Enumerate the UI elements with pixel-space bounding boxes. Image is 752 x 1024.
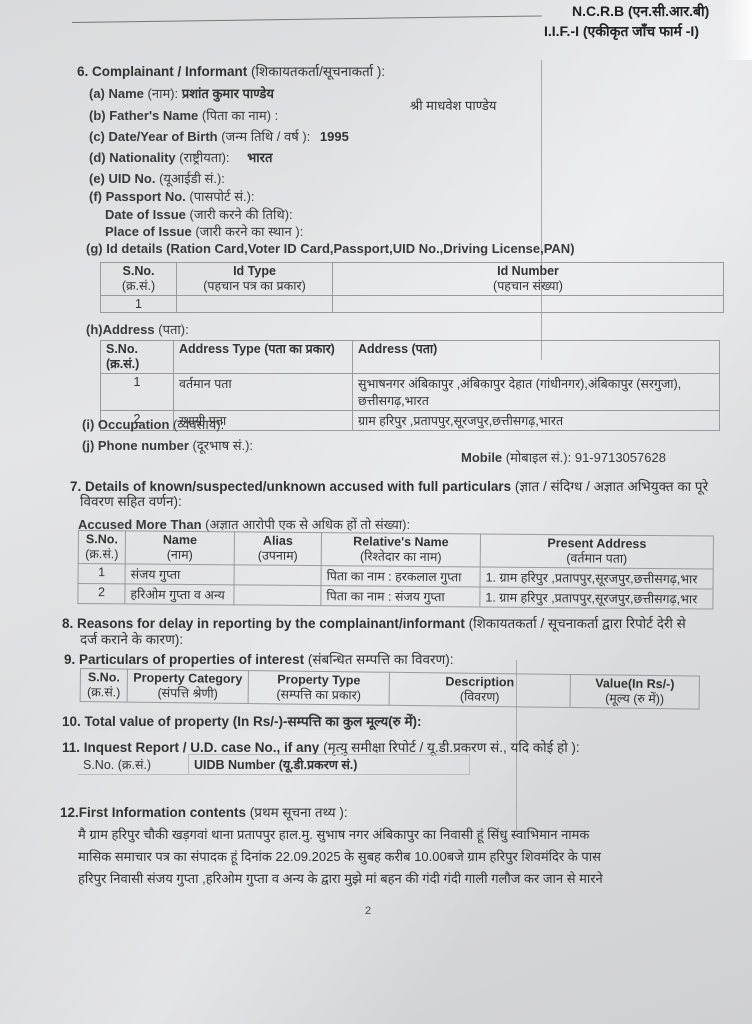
fold-crease [541,60,542,360]
address-row-type: वर्तमान पता [174,374,353,411]
id-row-number [333,296,724,313]
accused-table-header: S.No.(क्र.सं.) Name(नाम) Alias(उपनाम) Re… [78,531,713,570]
nationality-field: (d) Nationality (राष्ट्रीयता): भारत [89,148,272,166]
section-6-title: 6. Complainant / Informant (शिकायतकर्ता/… [77,62,385,80]
uid-label-hi: (यूआईडी सं.): [159,171,225,186]
father-name-label: (b) Father's Name [89,108,198,123]
father-name-value: श्री माधवेश पाण्डेय [410,96,496,114]
col-id-number: Id Number(पहचान संख्या) [333,263,724,296]
accused-row-alias [234,565,321,586]
property-table-header: S.No.(क्र.सं.) Property Category(संपत्ति… [80,669,699,710]
col-address-sno: S.No.(क्र.सं.) [101,341,174,374]
issue-date-label-hi: (जारी करने की तिथि): [190,207,293,222]
col-name: Name(नाम) [125,531,234,565]
mobile-label-hi: (मोबाइल सं.): [506,450,571,465]
col-present-address: Present Address(वर्तमान पता) [480,534,713,569]
address-row-sno: 1 [101,374,174,411]
inquest-table: S.No. (क्र.सं.) UIDB Number (यू.डी.प्रकर… [78,754,470,775]
dob-value: 1995 [320,129,349,144]
passport-label-hi: (पासपोर्ट सं.): [189,189,254,204]
phone-label: (j) Phone number [82,438,189,453]
phone-field: (j) Phone number (दूरभाष सं.): [82,436,253,454]
dob-field: (c) Date/Year of Birth (जन्म तिथि / वर्ष… [89,127,349,145]
passport-label: (f) Passport No. [89,189,186,204]
section-9-title: 9. Particulars of properties of interest… [64,650,454,668]
mobile-label: Mobile [461,450,502,465]
accused-row-address: 1. ग्राम हरिपुर ,प्रतापपुर,सूरजपुर,छत्ती… [480,587,713,609]
section-10-title: 10. Total value of property (In Rs/-)-सम… [62,712,426,730]
nationality-value: भारत [247,150,272,165]
page-fold [722,0,752,60]
table-row: 2 हरिओम गुप्ता व अन्य पिता का नाम : संजय… [78,584,713,610]
accused-row-name: संजय गुप्ता [125,564,234,585]
id-row-sno: 1 [101,296,177,313]
address-label: (h)Address (पता): [86,320,189,338]
col-property-category: Property Category(संपत्ति श्रेणी) [127,669,248,703]
uid-label: (e) UID No. [89,171,155,186]
father-name-label-hi: (पिता का नाम) : [202,108,278,123]
address-row-address: सुभाषनगर अंबिकापुर ,अंबिकापुर देहात (गां… [353,374,720,411]
inquest-table-header: S.No. (क्र.सं.) UIDB Number (यू.डी.प्रकर… [78,755,470,775]
issue-place-label: Place of Issue [105,224,192,239]
accused-row-alias [234,585,321,606]
section-7-title-hi: (ज्ञात / संदिग्ध / अज्ञात अभियुक्त का पू… [515,479,708,494]
col-value: Value(In Rs/-)(मूल्य (रु में)) [570,674,699,709]
name-field: (a) Name (नाम): प्रशांत कुमार पाण्डेय [89,84,274,102]
page-number: 2 [365,905,371,917]
accused-row-relative: पिता का नाम : हरकलाल गुप्ता [321,566,480,587]
id-row-type [177,296,333,313]
fir-content-line: मासिक समाचार पत्र का संपादक हूं दिनांक 2… [78,846,603,868]
section-8-title-en: 8. Reasons for delay in reporting by the… [62,616,465,631]
fir-content: मै ग्राम हरिपुर चौकी खड़गवां थाना प्रताप… [78,824,603,890]
col-address: Address (पता) [353,341,720,374]
mobile-field: Mobile (मोबाइल सं.): 91-9713057628 [461,448,666,466]
col-inquest-sno: S.No. (क्र.सं.) [78,755,189,775]
id-details-table: S.No.(क्र.सं.) Id Type(पहचान पत्र का प्र… [100,262,724,313]
uid-field: (e) UID No. (यूआईडी सं.): [89,169,225,187]
section-7-title-hi-2: विवरण सहित वर्णन): [80,494,182,509]
name-label-hi: (नाम): [148,86,179,101]
accused-table: S.No.(क्र.सं.) Name(नाम) Alias(उपनाम) Re… [77,530,714,610]
address-row-address: ग्राम हरिपुर ,प्रतापपुर,सूरजपुर,छत्तीसगढ… [353,411,720,431]
address-label-hi: (पता): [158,322,188,337]
dob-label: (c) Date/Year of Birth [89,129,218,144]
ncrb-title: N.C.R.B (एन.सी.आर.बी) [572,2,709,21]
section-6-title-en: 6. Complainant / Informant [77,64,247,79]
nationality-label: (d) Nationality [89,150,176,165]
section-8-title-hi: (शिकायतकर्ता / सूचनाकर्ता द्वारा रिपोर्ट… [469,616,686,631]
issue-date-field: Date of Issue (जारी करने की तिथि): [105,205,293,223]
address-table-header: S.No.(क्र.सं.) Address Type (पता का प्रक… [101,341,720,374]
section-12-title-en: 12.First Information contents [60,805,246,820]
header-rule [72,15,542,23]
section-12-title: 12.First Information contents (प्रथम सूच… [60,803,348,821]
table-row: 1 [101,296,724,313]
accused-row-address: 1. ग्राम हरिपुर ,प्रतापपुर,सूरजपुर,छत्ती… [480,567,713,589]
name-value: प्रशांत कुमार पाण्डेय [182,86,274,101]
col-id-type: Id Type(पहचान पत्र का प्रकार) [177,263,333,296]
fir-content-line: मै ग्राम हरिपुर चौकी खड़गवां थाना प्रताप… [78,824,603,846]
col-alias: Alias(उपनाम) [234,532,321,566]
table-row: 1 वर्तमान पता सुभाषनगर अंबिकापुर ,अंबिका… [101,374,720,411]
col-description: Description(विवरण) [389,672,570,707]
section-12-title-hi: (प्रथम सूचना तथ्य ): [250,805,348,820]
iif-title: I.I.F.-I (एकीकृत जाँच फार्म -I) [544,22,699,41]
section-8-title-hi-2: दर्ज कराने के कारण): [80,632,183,647]
issue-place-field: Place of Issue (जारी करने का स्थान ): [105,222,303,240]
col-sno: S.No.(क्र.सं.) [80,669,127,703]
col-uidb-number: UIDB Number (यू.डी.प्रकरण सं.) [189,755,470,775]
accused-row-sno: 2 [78,584,125,604]
section-7-title-cont: विवरण सहित वर्णन): [80,492,182,510]
section-9-title-en: 9. Particulars of properties of interest [64,652,304,667]
section-6-title-hi: (शिकायतकर्ता/सूचनाकर्ता ): [251,64,385,79]
accused-row-relative: पिता का नाम : संजय गुप्ता [321,586,480,607]
accused-more-than-label-hi: (अज्ञात आरोपी एक से अधिक हों तो संख्या): [205,517,410,532]
passport-field: (f) Passport No. (पासपोर्ट सं.): [89,187,255,205]
name-label: (a) Name [89,86,144,101]
mobile-value: 91-9713057628 [575,450,666,465]
id-table-header: S.No.(क्र.सं.) Id Type(पहचान पत्र का प्र… [101,263,724,296]
section-9-title-hi: (संबन्धित सम्पत्ति का विवरण): [308,652,454,667]
section-11-title-hi: (मृत्यु समीक्षा रिपोर्ट / यू.डी.प्रकरण स… [323,740,580,755]
id-details-label: (g) Id details (Ration Card,Voter ID Car… [86,241,575,256]
fir-content-line: हरिपुर निवासी संजय गुप्ता ,हरिओम गुप्ता … [78,868,603,890]
col-property-type: Property Type(सम्पत्ति का प्रकार) [248,671,389,706]
issue-place-label-hi: (जारी करने का स्थान ): [195,224,303,239]
issue-date-label: Date of Issue [105,207,186,222]
col-sno: S.No.(क्र.सं.) [101,263,177,296]
occupation-field: (i) Occupation (व्यवसाय): [82,415,224,433]
nationality-label-hi: (राष्ट्रीयता): [179,150,229,165]
accused-row-name: हरिओम गुप्ता व अन्य [125,584,234,605]
col-relative: Relative's Name(रिश्तेदार का नाम) [321,533,480,567]
phone-label-hi: (दूरभाष सं.): [193,438,254,453]
section-8-title-cont: दर्ज कराने के कारण): [80,630,183,648]
address-label-en: (h)Address [86,322,155,337]
section-11-title-en: 11. Inquest Report / U.D. case No., if a… [62,740,319,755]
occupation-label-hi: (व्यवसाय): [173,417,224,432]
property-table: S.No.(क्र.सं.) Property Category(संपत्ति… [80,668,700,710]
father-name-field: (b) Father's Name (पिता का नाम) : [89,106,278,124]
occupation-label: (i) Occupation [82,417,169,432]
accused-row-sno: 1 [78,564,125,584]
dob-label-hi: (जन्म तिथि / वर्ष ): [221,129,310,144]
col-sno: S.No.(क्र.सं.) [78,531,125,564]
col-address-type: Address Type (पता का प्रकार) [174,341,353,374]
